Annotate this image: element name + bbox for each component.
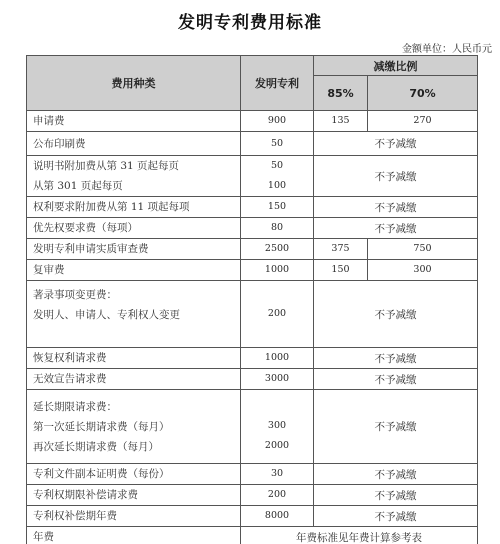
page-title: 发明专利费用标准 <box>0 8 500 33</box>
fee-amount: 200 <box>241 485 314 506</box>
table-row: 公布印刷费 50 不予减缴 <box>27 132 478 156</box>
table-row: 发明专利申请实质审查费 2500 375 750 <box>27 239 478 260</box>
fee-amount-line: 300 <box>247 416 307 436</box>
fee-amount: 30 <box>241 464 314 485</box>
fee-amount-line: 2000 <box>247 436 307 456</box>
fee-name: 优先权要求费（每项） <box>27 218 241 239</box>
reduction-status: 不予减缴 <box>314 369 478 390</box>
reduction-status: 不予减缴 <box>314 390 478 464</box>
fee-name: 申请费 <box>27 111 241 132</box>
fee-name-line: 发明人、申请人、专利权人变更 <box>33 305 234 325</box>
fee-70-percent: 300 <box>368 260 478 281</box>
fee-name: 专利权期限补偿请求费 <box>27 485 241 506</box>
fee-amount: 2500 <box>241 239 314 260</box>
table-row: 恢复权利请求费 1000 不予减缴 <box>27 348 478 369</box>
fee-85-percent: 375 <box>314 239 368 260</box>
fee-name-line: 说明书附加费从第 31 页起每页 <box>33 156 234 176</box>
fee-name: 发明专利申请实质审查费 <box>27 239 241 260</box>
fee-amount: 150 <box>241 197 314 218</box>
fee-name-line: 延长期限请求费： <box>33 397 234 417</box>
annual-fee-note: 年费标准见年费计算参考表 <box>241 527 478 544</box>
reduction-status: 不予减缴 <box>314 506 478 527</box>
fee-amount: 80 <box>241 218 314 239</box>
fee-85-percent: 135 <box>314 111 368 132</box>
fee-amount: 50 <box>241 132 314 156</box>
reduction-status: 不予减缴 <box>314 464 478 485</box>
reduction-status: 不予减缴 <box>314 197 478 218</box>
fee-table: 费用种类 发明专利 减缴比例 85% 70% 申请费 900 135 270 公… <box>26 55 478 544</box>
table-row: 优先权要求费（每项） 80 不予减缴 <box>27 218 478 239</box>
fee-70-percent: 750 <box>368 239 478 260</box>
fee-amount-line: 50 <box>247 156 307 176</box>
fee-name-line: 著录事项变更费： <box>33 285 234 305</box>
fee-name: 延长期限请求费： 第一次延长期请求费（每月） 再次延长期请求费（每月） <box>27 390 241 464</box>
table-row: 权利要求附加费从第 11 项起每项 150 不予减缴 <box>27 197 478 218</box>
table-row: 无效宣告请求费 3000 不予减缴 <box>27 369 478 390</box>
fee-amount: 1000 <box>241 260 314 281</box>
reduction-status: 不予减缴 <box>314 485 478 506</box>
header-reduction-ratio: 减缴比例 <box>314 56 478 76</box>
table-row: 著录事项变更费： 发明人、申请人、专利权人变更 200 不予减缴 <box>27 281 478 348</box>
reduction-status: 不予减缴 <box>314 281 478 348</box>
reduction-status: 不予减缴 <box>314 156 478 197</box>
fee-70-percent: 270 <box>368 111 478 132</box>
fee-amount: 50 100 <box>241 156 314 197</box>
table-row: 专利权补偿期年费 8000 不予减缴 <box>27 506 478 527</box>
fee-amount: 8000 <box>241 506 314 527</box>
header-invention-patent: 发明专利 <box>241 56 314 111</box>
fee-name: 权利要求附加费从第 11 项起每项 <box>27 197 241 218</box>
fee-amount: 300 2000 <box>241 390 314 464</box>
table-row: 专利权期限补偿请求费 200 不予减缴 <box>27 485 478 506</box>
fee-name: 年费 <box>27 527 241 544</box>
fee-name: 无效宣告请求费 <box>27 369 241 390</box>
table-row: 年费 年费标准见年费计算参考表 <box>27 527 478 544</box>
table-row: 延长期限请求费： 第一次延长期请求费（每月） 再次延长期请求费（每月） 300 … <box>27 390 478 464</box>
fee-name: 复审费 <box>27 260 241 281</box>
table-row: 专利文件副本证明费（每份） 30 不予减缴 <box>27 464 478 485</box>
fee-name: 恢复权利请求费 <box>27 348 241 369</box>
header-70-percent: 70% <box>368 76 478 111</box>
fee-amount: 900 <box>241 111 314 132</box>
header-fee-type: 费用种类 <box>27 56 241 111</box>
fee-name: 专利权补偿期年费 <box>27 506 241 527</box>
fee-85-percent: 150 <box>314 260 368 281</box>
fee-name-line: 再次延长期请求费（每月） <box>33 437 234 457</box>
fee-name-line: 从第 301 页起每页 <box>33 176 234 196</box>
fee-name: 说明书附加费从第 31 页起每页 从第 301 页起每页 <box>27 156 241 197</box>
header-85-percent: 85% <box>314 76 368 111</box>
currency-unit-label: 金额单位：人民币元 <box>402 40 492 55</box>
fee-amount-line: 100 <box>247 176 307 196</box>
reduction-status: 不予减缴 <box>314 132 478 156</box>
fee-name: 专利文件副本证明费（每份） <box>27 464 241 485</box>
reduction-status: 不予减缴 <box>314 348 478 369</box>
fee-amount: 3000 <box>241 369 314 390</box>
fee-name: 公布印刷费 <box>27 132 241 156</box>
fee-amount: 200 <box>241 281 314 348</box>
fee-name: 著录事项变更费： 发明人、申请人、专利权人变更 <box>27 281 241 348</box>
fee-name-line: 第一次延长期请求费（每月） <box>33 417 234 437</box>
fee-amount: 1000 <box>241 348 314 369</box>
table-row: 申请费 900 135 270 <box>27 111 478 132</box>
table-row: 复审费 1000 150 300 <box>27 260 478 281</box>
table-row: 说明书附加费从第 31 页起每页 从第 301 页起每页 50 100 不予减缴 <box>27 156 478 197</box>
reduction-status: 不予减缴 <box>314 218 478 239</box>
